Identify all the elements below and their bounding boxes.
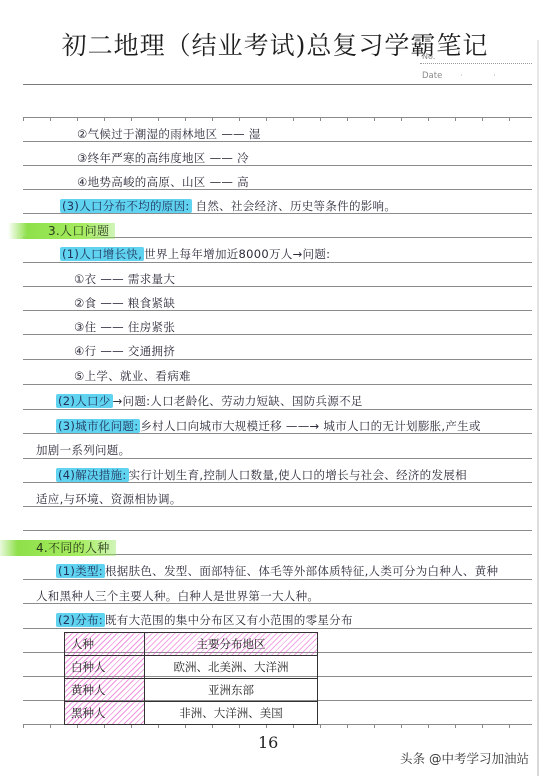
section-3-title: 3.人口问题	[8, 223, 115, 239]
page-edge	[537, 40, 539, 776]
header-rule	[23, 84, 532, 85]
cause-line: (3)人口分布不均的原因: 自然、社会经济、历史等条件的影响。	[60, 198, 396, 214]
measure-text: 实行计划生育,控制人口数量,使人口的增长与社会、经济的发展相	[129, 468, 467, 482]
note-cold: ③终年严寒的高纬度地区 —— 冷	[77, 150, 249, 166]
urban-text: 乡村人口向城市大规模迁移 ——→ 城市人口的无计划膨胀,产生或	[140, 419, 480, 433]
growth-label: (1)人口增长快,	[60, 247, 144, 261]
header-race: 人种	[65, 633, 145, 656]
date-label: Date	[422, 71, 442, 81]
problem-housing: ③住 —— 住房紧张	[74, 319, 175, 335]
region-cell: 欧洲、北美洲、大洋洲	[145, 656, 318, 679]
ruled-line	[23, 530, 532, 531]
race-cell: 白种人	[65, 656, 145, 679]
ruled-line	[23, 579, 532, 580]
race-type-line-2: 人和黑种人三个主要人种。白种人是世界第一大人种。	[36, 588, 319, 604]
table-row: 白种人 欧洲、北美洲、大洋洲	[65, 656, 318, 679]
growth-text: 世界上每年增加近8000万人→问题:	[144, 247, 330, 261]
ruled-line	[23, 117, 532, 118]
cause-text: 自然、社会经济、历史等条件的影响。	[196, 199, 397, 213]
urban-label: (3)城市化问题:	[56, 419, 140, 433]
ruled-line	[23, 384, 532, 385]
measures-line: (4)解决措施:实行计划生育,控制人口数量,使人口的增长与社会、经济的发展相	[56, 467, 467, 483]
few-text: →问题:人口老龄化、劳动力短缺、国防兵源不足	[113, 394, 363, 408]
cause-label: (3)人口分布不均的原因:	[60, 199, 192, 213]
type-label: (1)类型:	[56, 564, 105, 578]
note-humid: ②气候过于潮湿的雨林地区 —— 湿	[77, 126, 261, 142]
ruled-line	[23, 628, 532, 629]
problem-clothing: ①衣 —— 需求量大	[74, 271, 175, 287]
dist-text: 既有大范围的集中分布区又有小范围的零星分布	[105, 613, 353, 627]
no-label: No.	[422, 52, 435, 61]
date-dots: · ·	[460, 71, 510, 80]
page-title: 初二地理（结业考试)总复习学霸笔记	[0, 26, 550, 62]
note-high: ④地势高峻的高原、山区 —— 高	[77, 174, 249, 190]
measure-label: (4)解决措施:	[56, 468, 129, 482]
problem-food: ②食 —— 粮食紧缺	[74, 295, 175, 311]
region-cell: 亚洲东部	[145, 679, 318, 702]
region-cell: 非洲、大洋洲、美国	[145, 702, 318, 725]
type-text: 根据肤色、发型、面部特征、体毛等外部体质特征,人类可分为白种人、黄种	[105, 564, 498, 578]
dist-label: (2)分布:	[56, 613, 105, 627]
few-label: (2)人口少	[56, 394, 113, 408]
problem-transport: ④行 —— 交通拥挤	[74, 343, 175, 359]
race-cell: 黄种人	[65, 679, 145, 702]
header-region: 主要分布地区	[145, 633, 318, 656]
ruled-line	[23, 262, 532, 263]
ruled-line	[23, 359, 532, 360]
no-dotted-line	[420, 63, 532, 64]
watermark: 头条 @中考学习加油站	[400, 749, 529, 767]
ruled-line	[23, 409, 532, 410]
ruled-line	[23, 458, 532, 459]
section-4-title: 4.不同的人种	[0, 540, 116, 556]
race-distribution-table: 人种 主要分布地区 白种人 欧洲、北美洲、大洋洲 黄种人 亚洲东部 黑种人 非洲…	[64, 632, 318, 725]
section-4-heading: 4.不同的人种	[36, 539, 116, 556]
table-row: 黑种人 非洲、大洋洲、美国	[65, 702, 318, 725]
table-header-row: 人种 主要分布地区	[65, 633, 318, 656]
page-number: 16	[258, 733, 278, 752]
race-type-line: (1)类型:根据肤色、发型、面部特征、体毛等外部体质特征,人类可分为白种人、黄种	[56, 563, 498, 579]
race-cell: 黑种人	[65, 702, 145, 725]
few-population-line: (2)人口少→问题:人口老龄化、劳动力短缺、国防兵源不足	[56, 393, 363, 409]
distribution-line: (2)分布:既有大范围的集中分布区又有小范围的零星分布	[56, 612, 353, 628]
urbanization-line-2: 加剧一系列问题。	[36, 442, 130, 458]
growth-line: (1)人口增长快,世界上每年增加近8000万人→问题:	[60, 246, 330, 262]
problem-other: ⑤上学、就业、看病难	[74, 368, 191, 384]
table-row: 黄种人 亚洲东部	[65, 679, 318, 702]
measures-line-2: 适应,与环境、资源相协调。	[36, 491, 182, 507]
section-3-heading: 3.人口问题	[48, 222, 115, 239]
urbanization-line: (3)城市化问题:乡村人口向城市大规模迁移 ——→ 城市人口的无计划膨胀,产生或	[56, 418, 481, 434]
